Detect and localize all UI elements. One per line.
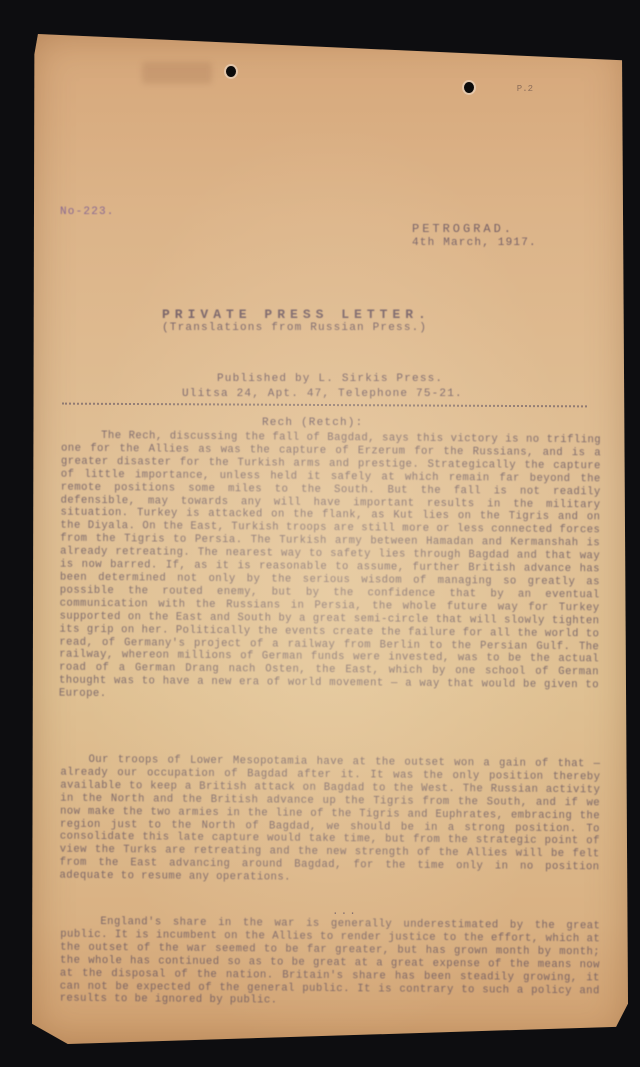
reference-number: No-223. xyxy=(60,206,115,218)
section-heading: Rech (Retch): xyxy=(262,417,363,429)
faded-stamp xyxy=(142,62,212,84)
body-paragraph-3: England's share in the war is generally … xyxy=(60,916,601,1011)
dotted-divider xyxy=(62,403,587,408)
page-mark: P.2 xyxy=(517,84,533,94)
punch-hole-right-icon xyxy=(464,82,474,93)
publisher-line-2: Ulitsa 24, Apt. 47, Telephone 75-21. xyxy=(182,388,463,400)
typewritten-page: P.2 No-223. PETROGRAD. 4th March, 1917. … xyxy=(32,34,628,1044)
document-subtitle: (Translations from Russian Press.) xyxy=(162,322,427,334)
place-heading: PETROGRAD. xyxy=(412,222,514,236)
date-line: 4th March, 1917. xyxy=(412,237,537,249)
body-paragraph-2: Our troops of Lower Mesopotamia have at … xyxy=(59,754,600,888)
punch-hole-left-icon xyxy=(226,66,236,77)
body-paragraph-1: The Rech, discussing the fall of Bagdad,… xyxy=(59,430,601,706)
publisher-line-1: Published by L. Sirkis Press. xyxy=(217,373,443,385)
paragraph-separator: ... xyxy=(332,906,358,918)
document-title: PRIVATE PRESS LETTER. xyxy=(162,307,431,322)
